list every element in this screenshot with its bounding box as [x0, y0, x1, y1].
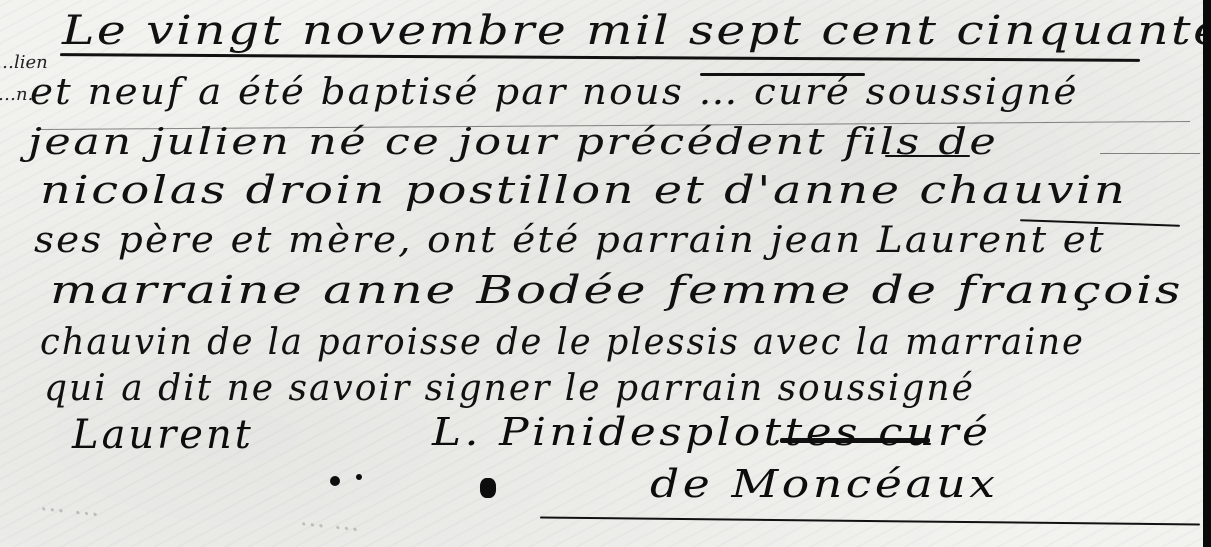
- document-scan: … … … … …lien …n. Le vingt novembre mil …: [0, 0, 1211, 547]
- bleed-through-text: … …: [299, 502, 362, 538]
- text-line-6: marraine anne Bodée femme de françois: [50, 268, 1183, 312]
- text-line-4: nicolas droin postillon et d'anne chauvi…: [40, 168, 1127, 212]
- text-line-5: ses père et mère, ont été parrain jean L…: [34, 220, 1106, 261]
- underline-stroke: [60, 53, 1140, 62]
- text-line-8: qui a dit ne savoir signer le parrain so…: [44, 368, 975, 409]
- priest-signature-line-2: de Moncéaux: [650, 462, 999, 506]
- text-line-3: jean julien né ce jour précédent fils de: [28, 122, 998, 163]
- ink-blot: [330, 476, 340, 486]
- margin-note: …n.: [0, 84, 33, 105]
- ink-blot: [480, 478, 496, 498]
- underline-stroke: [540, 517, 1200, 526]
- margin-note: …lien: [0, 52, 48, 73]
- priest-signature-line-1: L. Pinidesplottes curé: [432, 410, 991, 454]
- text-line-1: Le vingt novembre mil sept cent cinquant…: [62, 8, 1211, 54]
- ruled-line: [1100, 153, 1200, 154]
- text-line-7: chauvin de la paroisse de le plessis ave…: [40, 322, 1085, 363]
- ink-blot: [356, 474, 362, 480]
- scan-edge-border: [1203, 0, 1211, 547]
- godfather-signature: Laurent: [72, 412, 254, 458]
- text-line-2: et neuf a été baptisé par nous … curé so…: [30, 72, 1079, 113]
- bleed-through-text: … …: [39, 487, 102, 523]
